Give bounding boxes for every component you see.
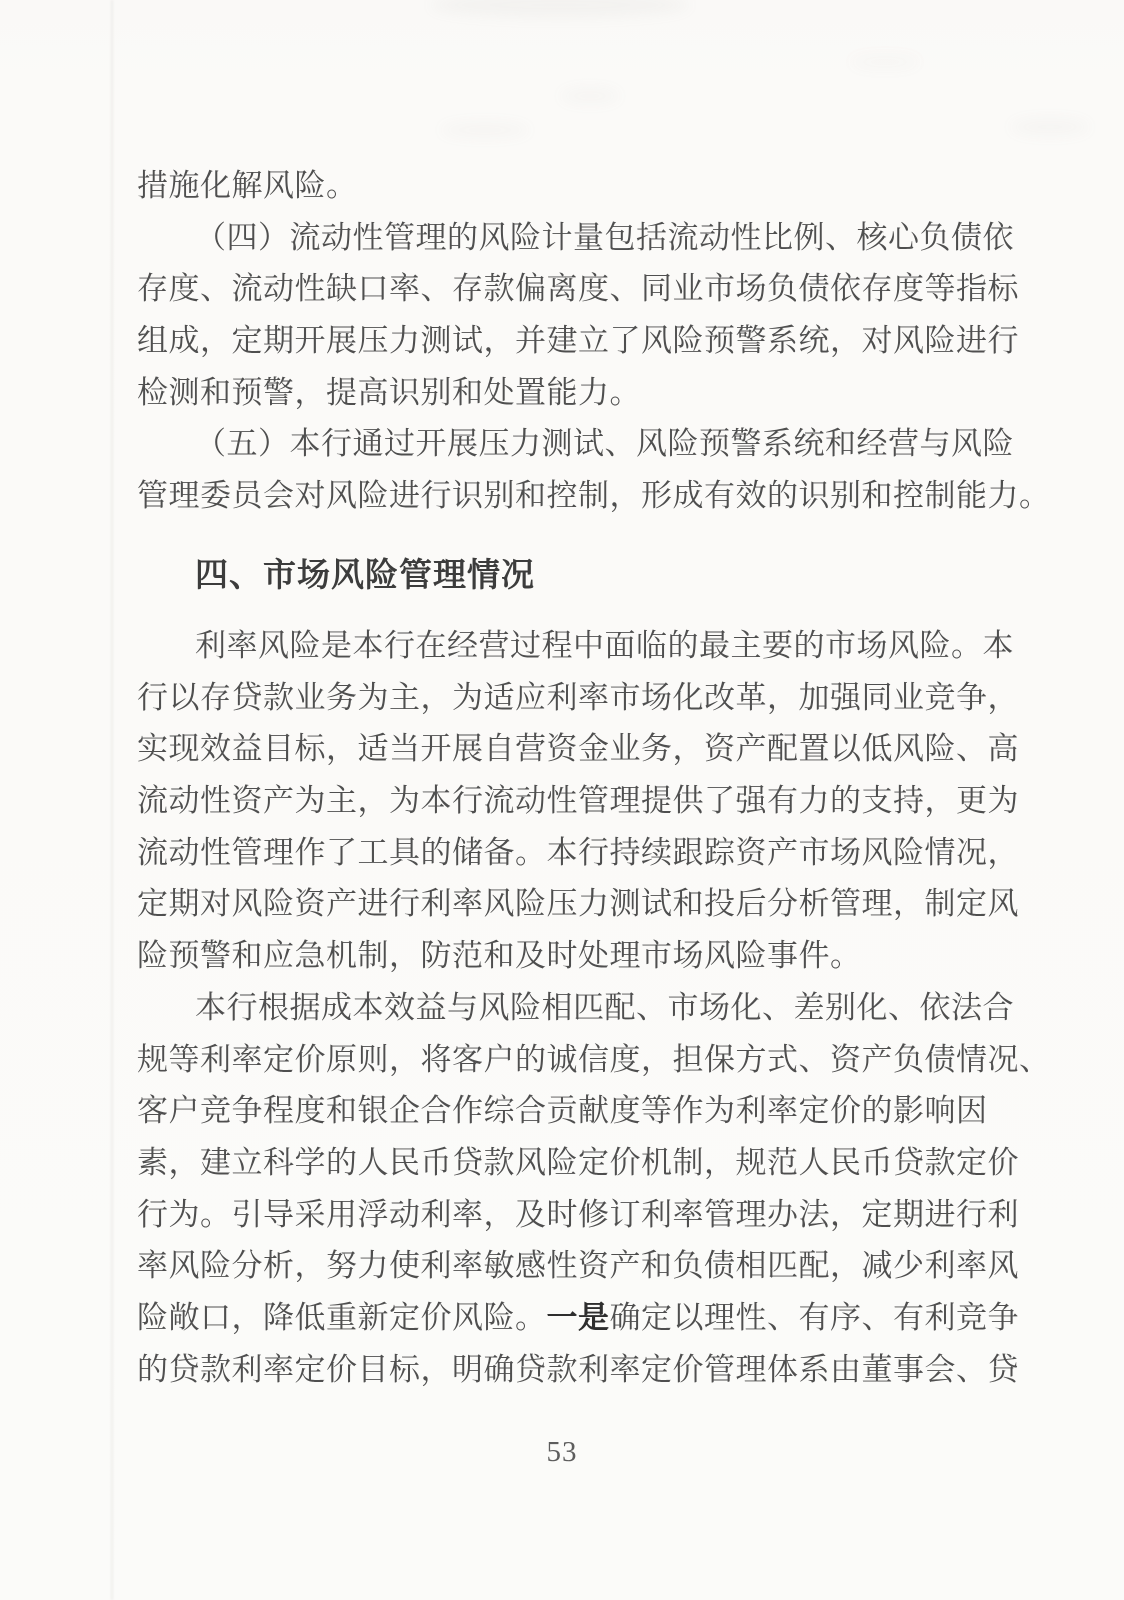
text-line: 流动性管理作了工具的储备。本行持续跟踪资产市场风险情况， [137,827,987,879]
text-line: 素，建立科学的人民币贷款风险定价机制，规范人民币贷款定价 [137,1137,987,1189]
text-line: 的贷款利率定价目标，明确贷款利率定价管理体系由董事会、贷 [137,1344,987,1396]
text-line: 率风险分析，努力使利率敏感性资产和负债相匹配，减少利率风 [137,1240,987,1292]
text-line: 定期对风险资产进行利率风险压力测试和投后分析管理，制定风 [137,878,987,930]
scan-smudge [440,122,530,138]
section-heading-market-risk: 四、市场风险管理情况 [137,545,1045,605]
text-line: 规等利率定价原则，将客户的诚信度，担保方式、资产负债情况、 [137,1034,987,1086]
text-line: 管理委员会对风险进行识别和控制，形成有效的识别和控制能力。 [137,470,987,522]
text-line: 检测和预警，提高识别和处置能力。 [137,367,987,419]
text-line: （五）本行通过开展压力测试、风险预警系统和经营与风险 [137,418,987,470]
text-line: 组成，定期开展压力测试，并建立了风险预警系统，对风险进行 [137,315,987,367]
text-line: 本行根据成本效益与风险相匹配、市场化、差别化、依法合 [137,982,987,1034]
text-line: 流动性资产为主，为本行流动性管理提供了强有力的支持，更为 [137,775,987,827]
scan-streak [111,0,113,1600]
text-line: 实现效益目标，适当开展自营资金业务，资产配置以低风险、高 [137,723,987,775]
scan-smudge [560,88,620,104]
paragraph-block-market-risk-1: 利率风险是本行在经营过程中面临的最主要的市场风险。本 行以存贷款业务为主，为适应… [137,620,987,982]
text-line: 客户竞争程度和银企合作综合贡献度等作为利率定价的影响因 [137,1085,987,1137]
text-line: 行为。引导采用浮动利率，及时修订利率管理办法，定期进行利 [137,1189,987,1241]
text-line: 险预警和应急机制，防范和及时处理市场风险事件。 [137,930,987,982]
paragraph-block-liquidity: 措施化解风险。 （四）流动性管理的风险计量包括流动性比例、核心负债依 存度、流动… [137,160,987,522]
page-number: 53 [0,1436,1124,1469]
text-line: （四）流动性管理的风险计量包括流动性比例、核心负债依 [137,212,987,264]
scan-smudge [1010,118,1090,136]
text-segment: 险敞口，降低重新定价风险。 [137,1300,547,1335]
text-line: 存度、流动性缺口率、存款偏离度、同业市场负债依存度等指标 [137,263,987,315]
text-line: 行以存贷款业务为主，为适应利率市场化改革，加强同业竞争， [137,672,987,724]
text-segment: 确定以理性、有序、有利竞争 [610,1300,1020,1335]
text-line: 利率风险是本行在经营过程中面临的最主要的市场风险。本 [137,620,987,672]
bold-text-segment: 一是 [547,1300,610,1335]
paragraph-block-market-risk-2: 本行根据成本效益与风险相匹配、市场化、差别化、依法合 规等利率定价原则，将客户的… [137,982,987,1396]
scan-smudge [430,0,690,18]
text-line-with-bold: 险敞口，降低重新定价风险。一是确定以理性、有序、有利竞争 [137,1292,987,1344]
scan-smudge [850,55,920,69]
text-line: 措施化解风险。 [137,160,987,212]
scanned-document-page: 措施化解风险。 （四）流动性管理的风险计量包括流动性比例、核心负债依 存度、流动… [0,0,1124,1600]
